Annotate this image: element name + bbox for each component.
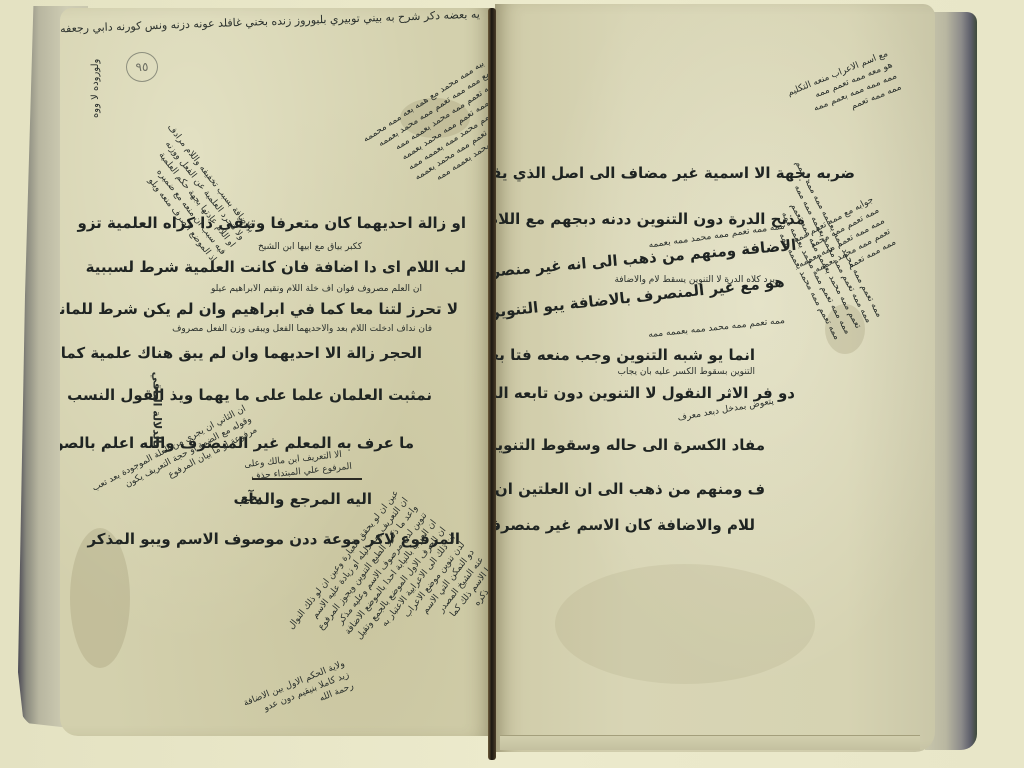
- interlinear-note: التنوين بسقوط الكسر عليه بان يجاب: [617, 366, 755, 378]
- interlinear-note: ممه تعمم ممه محمد ممه بعممه ممه: [647, 315, 785, 341]
- folio-number: ٩٥: [126, 52, 158, 82]
- right-page: مع اسم الاعراب منعه التكليم هو معه ممه ت…: [495, 4, 935, 752]
- main-text-line: انما يو شبه التنوين وجب منعه فتا بعه للف…: [495, 346, 755, 364]
- side-vertical-note: ولوروده لا ووه: [90, 59, 102, 118]
- header-line: يه بعضه دكر شرح به بيني توبيري بلبوروز ز…: [60, 9, 480, 36]
- marginal-gloss: ولاية الحكم الاول بين الاضافة زيد كاملا …: [242, 658, 356, 732]
- main-text-line: مفاد الكسرة الى حاله وسقوط التنوين لامتن…: [495, 436, 765, 454]
- interlinear-note: فان نداف ادخلت اللام بعد والاحديهما الفع…: [172, 323, 432, 335]
- main-text-line: لب اللام اى دا اضافة فان كانت العلمية شر…: [86, 258, 466, 276]
- main-text-line: الحجر زالة الا احديهما وان لم يبق هناك ع…: [60, 344, 422, 362]
- main-text-line: او زالة احديهما كان متعرفا وتبقى ذا كراه…: [78, 214, 467, 232]
- divider-rule: [252, 478, 362, 480]
- marginal-gloss: بالاضافة بسبب تخفيفه واللام مرادف ولا تت…: [127, 122, 257, 265]
- stain: [555, 564, 815, 684]
- book-gutter: [488, 8, 496, 760]
- main-text-line: لا تحرز لتنا معا كما في ابراهيم وان لم ي…: [60, 300, 458, 318]
- marginal-gloss: بالدلالة الباقي: [150, 372, 162, 448]
- stain: [70, 528, 130, 668]
- page-bottom-edge: [500, 735, 920, 750]
- marginal-gloss: مع اسم الاعراب منعه التكليم هو معه ممه ت…: [785, 48, 903, 133]
- main-text-line: اليه المرجع والمآب: [233, 490, 372, 508]
- main-text-line: ف ومنهم من ذهب الى ان العلتين ان كانتا ب…: [495, 480, 765, 498]
- interlinear-note: ان العلم مصروف فوان اف خلة اللام ونقيم ا…: [211, 283, 422, 295]
- main-text-line: للام والاضافة كان الاسم غير منصرف وان زا…: [495, 516, 755, 534]
- main-text-line: نمثبت العلمان علما على ما يهما ويذ القول…: [67, 386, 432, 404]
- marginal-gloss: ببه ممه محمد مع همه بعه ممه محممه مع ممه…: [361, 58, 492, 206]
- interlinear-note: ككبر بياق مع ابيها ابن الشيخ: [258, 241, 362, 253]
- left-page: يه بعضه دكر شرح به بيني توبيري بلبوروز ز…: [60, 8, 492, 736]
